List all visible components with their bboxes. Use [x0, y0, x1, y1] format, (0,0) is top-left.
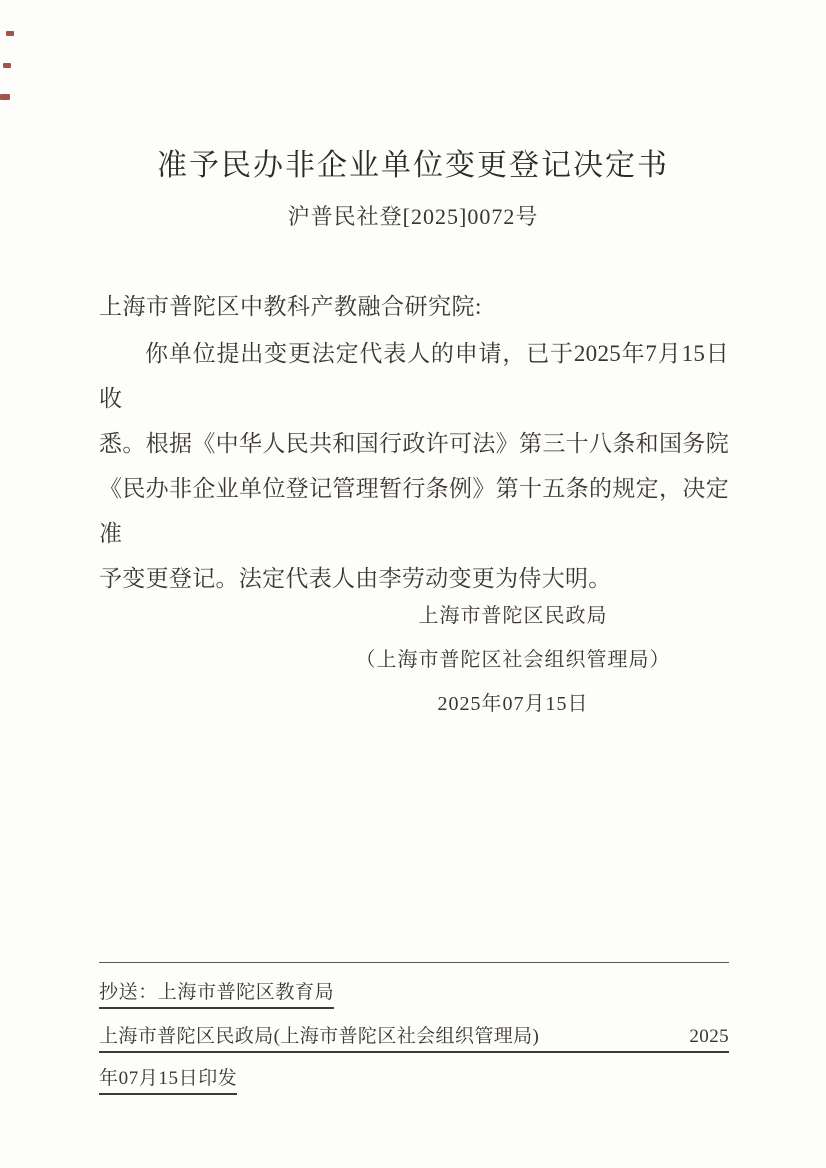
signature-org-alias: （上海市普陀区社会组织管理局） — [356, 638, 671, 682]
signature-date: 2025年07月15日 — [356, 682, 671, 726]
scan-edge-mark — [6, 31, 14, 36]
scan-edge-mark — [3, 63, 11, 68]
scanned-document-page: 准予民办非企业单位变更登记决定书 沪普民社登[2025]0072号 上海市普陀区… — [0, 0, 826, 1168]
footer-issuer-line: 上海市普陀区民政局(上海市普陀区社会组织管理局) 2025 — [99, 1021, 729, 1053]
footer-divider-line — [99, 962, 729, 963]
body-line-1: 你单位提出变更法定代表人的申请，已于2025年7月15日收 — [99, 331, 729, 421]
signature-block: 上海市普陀区民政局 （上海市普陀区社会组织管理局） 2025年07月15日 — [356, 594, 671, 726]
document-title: 准予民办非企业单位变更登记决定书 — [0, 140, 826, 184]
signature-org: 上海市普陀区民政局 — [356, 594, 671, 638]
addressee-line: 上海市普陀区中教科产教融合研究院: — [99, 288, 482, 321]
footer-cc-line: 抄送：上海市普陀区教育局 — [99, 977, 334, 1009]
body-line-3: 《民办非企业单位登记管理暂行条例》第十五条的规定，决定准 — [99, 466, 729, 556]
footer-issue-year: 2025 — [689, 1026, 729, 1048]
footer-issue-date-line: 年07月15日印发 — [99, 1063, 237, 1095]
scan-edge-mark — [0, 94, 10, 100]
footer-issuer-text: 上海市普陀区民政局(上海市普陀区社会组织管理局) — [99, 1021, 539, 1048]
document-reference-number: 沪普民社登[2025]0072号 — [0, 200, 826, 231]
body-line-2: 悉。根据《中华人民共和国行政许可法》第三十八条和国务院 — [99, 421, 729, 466]
body-paragraph: 你单位提出变更法定代表人的申请，已于2025年7月15日收 悉。根据《中华人民共… — [99, 331, 729, 601]
